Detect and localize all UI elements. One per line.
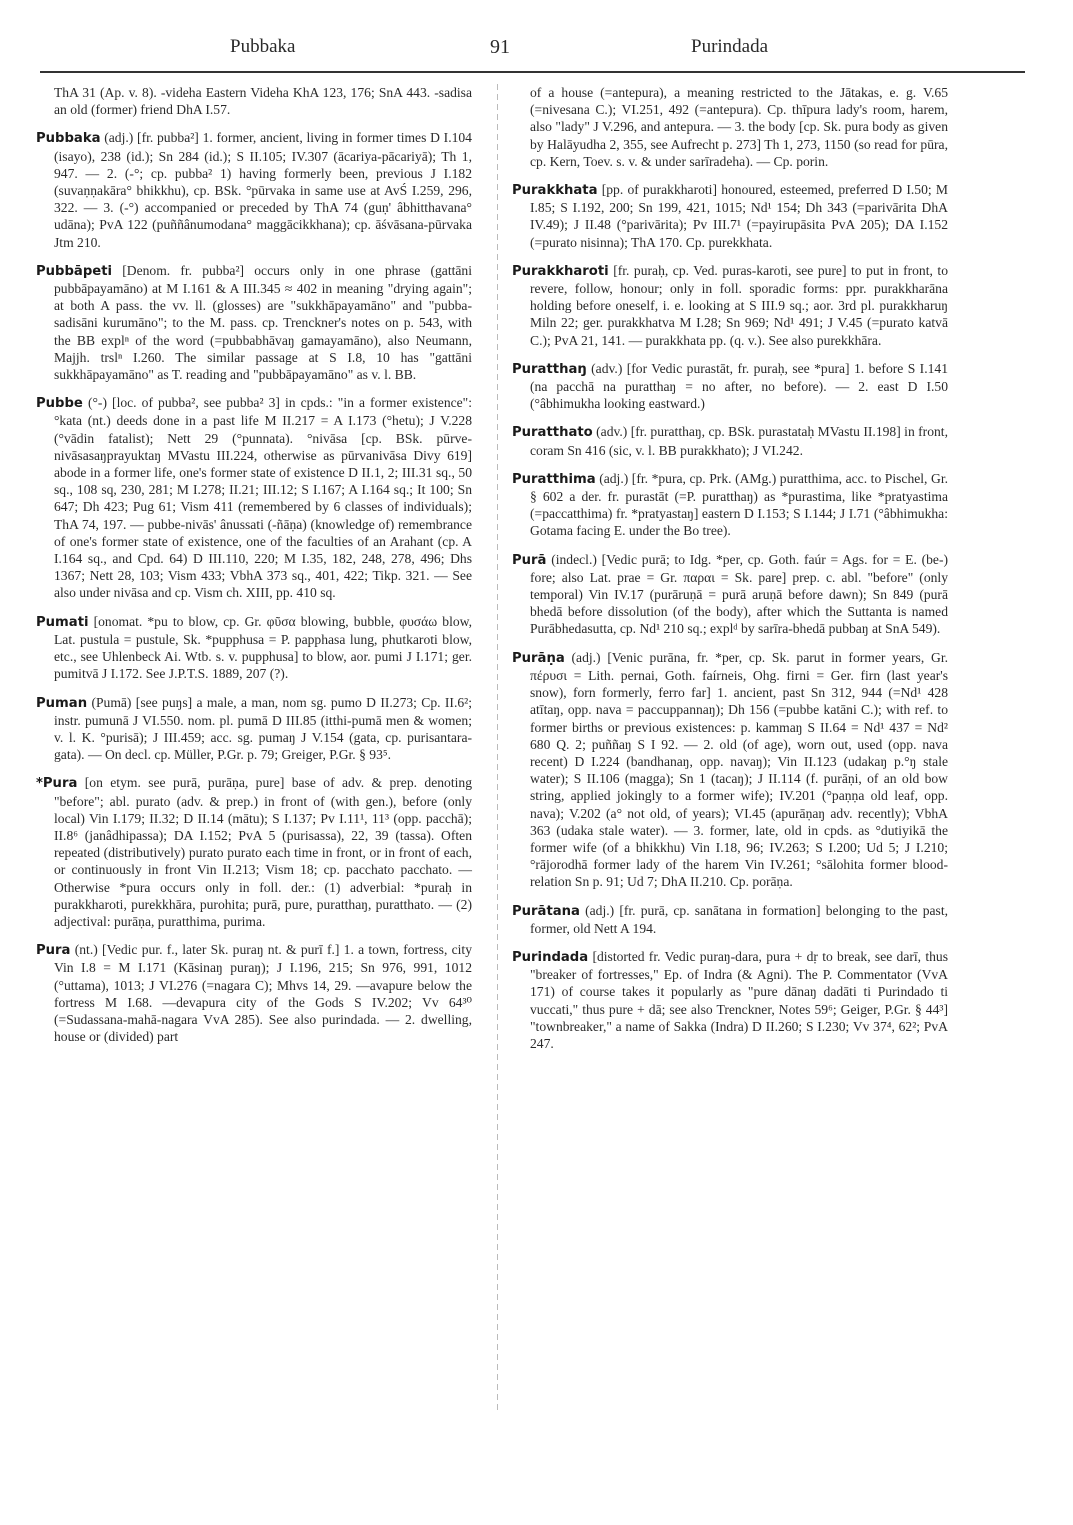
- right-guide-word: Purindada: [691, 36, 768, 58]
- entry-text: [distorted fr. Vedic puraŋ-dara, pura + …: [530, 949, 948, 1051]
- entry-headword: Puratthaŋ: [512, 362, 587, 377]
- dictionary-entry: Purakkhata [pp. of purakkharoti] honoure…: [512, 181, 948, 251]
- dictionary-entry: Pubbe (°-) [loc. of pubba², see pubba² 3…: [36, 394, 472, 601]
- dictionary-entry: of a house (=antepura), a meaning restri…: [512, 84, 948, 170]
- entry-headword: *Pura: [36, 776, 77, 791]
- entry-text: (adj.) [Venic purāna, fr. *per, cp. Sk. …: [530, 650, 948, 890]
- entry-headword: Purakkhata: [512, 183, 598, 198]
- entry-headword: Puratthima: [512, 472, 596, 487]
- entry-headword: Purātana: [512, 904, 580, 919]
- page-number: 91: [490, 36, 510, 59]
- entry-text: (adv.) [for Vedic purastāt, fr. puraḥ, s…: [530, 361, 948, 411]
- entry-text: (nt.) [Vedic pur. f., later Sk. puraŋ nt…: [54, 942, 472, 1044]
- entry-headword: Pumati: [36, 615, 89, 630]
- entry-text: (Pumā) [see puŋs] a male, a man, nom sg.…: [54, 695, 472, 763]
- dictionary-entry: Puratthaŋ (adv.) [for Vedic purastāt, fr…: [512, 360, 948, 413]
- dictionary-entry: Pubbāpeti [Denom. fr. pubba²] occurs onl…: [36, 262, 472, 383]
- entry-text: (°-) [loc. of pubba², see pubba² 3] in c…: [54, 395, 472, 600]
- left-guide-word: Pubbaka: [230, 36, 295, 58]
- entry-text: [on etym. see purā, purāṇa, pure] base o…: [54, 775, 472, 929]
- entry-headword: Purakkharoti: [512, 264, 609, 279]
- entry-headword: Pubbe: [36, 396, 83, 411]
- entry-text: of a house (=antepura), a meaning restri…: [530, 85, 948, 169]
- entry-headword: Pubbāpeti: [36, 264, 112, 279]
- entry-text: [Denom. fr. pubba²] occurs only in one p…: [54, 263, 472, 382]
- dictionary-entry: Purā (indecl.) [Vedic purā; to Idg. *per…: [512, 551, 948, 638]
- dictionary-entry: Puman (Pumā) [see puŋs] a male, a man, n…: [36, 694, 472, 764]
- dictionary-entry: Purindada [distorted fr. Vedic puraŋ-dar…: [512, 948, 948, 1052]
- dictionary-entry: Puratthato (adv.) [fr. puratthaŋ, cp. BS…: [512, 423, 948, 458]
- entry-text: (adj.) [fr. purā, cp. sanātana in format…: [530, 903, 948, 936]
- dictionary-entry: Pumati [onomat. *pu to blow, cp. Gr. φῦσ…: [36, 613, 472, 683]
- entry-headword: Purāṇa: [512, 651, 565, 666]
- dictionary-entry: *Pura [on etym. see purā, purāṇa, pure] …: [36, 774, 472, 930]
- dictionary-entry: Purakkharoti [fr. puraḥ, cp. Ved. puras-…: [512, 262, 948, 349]
- dictionary-entry: Pubbaka (adj.) [fr. pubba²] 1. former, a…: [36, 129, 472, 250]
- entry-text: ThA 31 (Ap. v. 8). -videha Eastern Videh…: [54, 85, 472, 117]
- entry-headword: Puratthato: [512, 425, 593, 440]
- entry-headword: Puman: [36, 696, 87, 711]
- dictionary-entry: Purātana (adj.) [fr. purā, cp. sanātana …: [512, 902, 948, 937]
- entry-text: [onomat. *pu to blow, cp. Gr. φῦσα blowi…: [54, 614, 472, 682]
- left-column: ThA 31 (Ap. v. 8). -videha Eastern Videh…: [36, 84, 472, 1056]
- dictionary-entry: ThA 31 (Ap. v. 8). -videha Eastern Videh…: [36, 84, 472, 118]
- entry-headword: Pura: [36, 943, 70, 958]
- entry-headword: Purindada: [512, 950, 588, 965]
- column-divider: [497, 84, 498, 1414]
- dictionary-entry: Puratthima (adj.) [fr. *pura, cp. Prk. (…: [512, 470, 948, 540]
- header-rule: [40, 71, 1025, 73]
- entry-text: (adv.) [fr. puratthaŋ, cp. BSk. purastat…: [530, 424, 948, 457]
- dictionary-entry: Pura (nt.) [Vedic pur. f., later Sk. pur…: [36, 941, 472, 1045]
- entry-headword: Purā: [512, 553, 546, 568]
- right-column: of a house (=antepura), a meaning restri…: [512, 84, 948, 1063]
- dictionary-entry: Purāṇa (adj.) [Venic purāna, fr. *per, c…: [512, 649, 948, 891]
- entry-text: (indecl.) [Vedic purā; to Idg. *per, cp.…: [530, 552, 948, 637]
- entry-text: (adj.) [fr. pubba²] 1. former, ancient, …: [54, 130, 472, 249]
- entry-headword: Pubbaka: [36, 131, 101, 146]
- page-header: Pubbaka 91 Purindada: [40, 36, 1026, 68]
